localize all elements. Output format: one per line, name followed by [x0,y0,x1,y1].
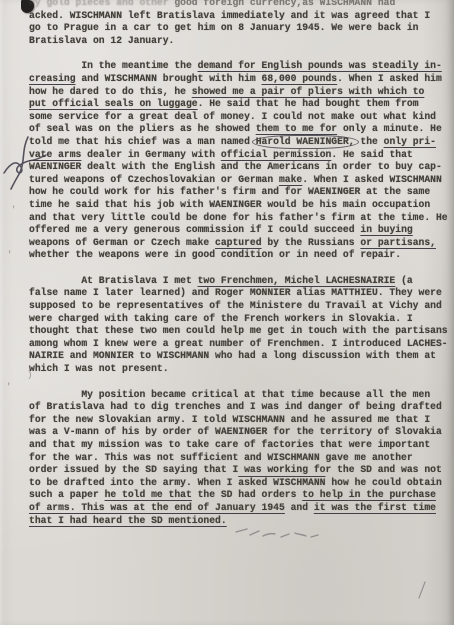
text-line: of seal was on the pliers as he showed t… [29,123,447,136]
pen-underlined-text: it was the first time [314,502,436,513]
paragraph: my gold pieces and other good foreign cu… [29,0,447,47]
typewritten-text: time he said that his job with WAENINGER… [29,199,430,210]
typewritten-text: WAENINGER dealt with the English and the… [29,161,442,172]
text-line: of arms. This was at the end of January … [29,502,447,515]
typewritten-text: whether the weapons were in good conditi… [29,249,401,260]
pen-underlined-text: two Frenchmen, Michel LACHESNAIRIE [198,275,396,286]
typewritten-text: acked. WISCHMANN left Bratislava immedia… [29,10,430,21]
typewritten-text: go to Prague in a car to get him on 8 Ja… [29,22,419,33]
text-line: for the war. This was not sufficient and… [29,452,447,465]
typewritten-text: . When I asked him [337,73,442,84]
text-line: was a V-mann of his by order of WAENINGE… [29,426,447,439]
typewritten-text: told me that his chief was a man named [29,136,256,147]
typewritten-text: NAIRIE and MONNIER to WISCHMANN who had … [29,350,436,361]
typewritten-text: tured weapons of Czechoslovakian or Germ… [29,174,279,185]
typewritten-text: how he could work for his father's firm … [29,186,430,197]
pen-underlined-text: 68,000 pounds [262,73,338,84]
pen-underlined-text: put official seals on luggage [29,98,198,109]
pen-underlined-text: them to me for [256,123,337,134]
paragraph: My position became critical at that time… [29,389,447,528]
margin-speck: ) [27,370,32,380]
text-line: and that very little could be done for h… [29,212,447,225]
text-line: to be drafted into the army. When I aske… [29,477,447,490]
text-line: for the new Slovakian army. I told WISCH… [29,414,447,427]
text-line: tured weapons of Czechoslovakian or Germ… [29,174,447,187]
pen-underlined-text: official permission [221,149,331,160]
text-line: which I was not present. [29,363,447,376]
margin-speck: ' [11,205,16,215]
typewritten-text: to be drafted into the army. When I [29,477,238,488]
text-line: WAENINGER dealt with the English and the… [29,161,447,174]
text-line: thought that these two men could help me… [29,325,447,338]
text-line: acked. WISCHMANN left Bratislava immedia… [29,10,447,23]
text-line: how he dared to do this, he showed me a … [29,86,447,99]
typewritten-text: . When I asked WISCHMANN [302,174,442,185]
text-line: supposed to be representatives of the Mi… [29,300,447,313]
margin-speck: ' [6,382,11,392]
typewritten-text: only a minute. He [337,123,442,134]
pen-underlined-text: showed me a pair of pliers with which to [192,86,425,97]
typewritten-text: and WISCHMANN brought with him [76,73,262,84]
pen-check-mark-icon [1,134,49,192]
text-line: In the meantime the demand for English p… [29,60,447,73]
typewritten-text: In the meantime the [29,60,198,71]
typewritten-text: the [355,136,384,147]
text-line: told me that his chief was a man named H… [29,136,447,149]
paragraph: At Bratislava I met two Frenchmen, Miche… [29,275,447,376]
pen-underlined-text: only pri- [384,136,436,147]
faded-text: good foreign currency,as WISCHMANN had [174,0,395,8]
pen-underlined-text: of arms. This was at the end of January … [29,502,285,513]
page-text: my gold pieces and other good foreign cu… [29,0,447,540]
pen-underlined-text: or partisans, [360,237,436,248]
pen-underlined-text: make [279,174,302,185]
typewritten-text: weapons of German or Czech make [29,237,215,248]
text-line: At Bratislava I met two Frenchmen, Miche… [29,275,447,288]
text-line: order issued by the SD saying that I was… [29,464,447,477]
text-line: creasing and WISCHMANN brought with him … [29,73,447,86]
typewritten-text: Bratislava on 12 January. [29,35,174,46]
typewritten-text: dealer in Germany with [81,149,221,160]
typewritten-text: and that my mission was to take care of … [29,439,430,450]
text-line: My position became critical at that time… [29,389,447,402]
typewritten-text: how he dared to do this, he [29,86,192,97]
typewritten-text: thought that these two men could help me… [29,325,448,336]
typewritten-text: which I was not present. [29,363,169,374]
text-line: false name I later learned) and Roger MO… [29,287,447,300]
pen-underlined-text: demand for English pounds was steadily i… [198,60,442,71]
typewritten-text: the SD had orders [192,489,302,500]
typewritten-text: by the Russians [262,237,361,248]
pen-underlined-text: to help in the purchase [302,489,436,500]
typewritten-text: . He said that [331,149,412,160]
pen-circled-text: Harold WAENINGER, [252,135,359,149]
typewritten-text: of Bratislava had to dig trenches and I … [29,401,442,412]
pen-underlined-text: that I had heard the SD mentioned. [29,515,227,526]
typewritten-text: for the new Slovakian army. I told WISCH… [29,414,430,425]
typewritten-text: At Bratislava I met [29,275,198,286]
typewritten-text: offered me a very generous commission if… [29,224,360,235]
typewritten-text: for the war. This was not sufficient and… [29,452,413,463]
text-line: were charged with taking care of the Fre… [29,313,447,326]
text-line: and that my mission was to take care of … [29,439,447,452]
typewritten-text: how he could obtain [326,477,442,488]
text-line: go to Prague in a car to get him on 8 Ja… [29,22,447,35]
pencil-scribble [233,523,333,545]
typewritten-text: such a paper [29,489,105,500]
scanned-document-page: my gold pieces and other good foreign cu… [0,0,454,625]
typewritten-text: and [285,502,314,513]
text-line: vate arms dealer in Germany with officia… [29,149,447,162]
text-line: whether the weapons were in good conditi… [29,249,447,262]
text-line: of Bratislava had to dig trenches and I … [29,401,447,414]
text-line: time he said that his job with WAENINGER… [29,199,447,212]
text-line: NAIRIE and MONNIER to WISCHMANN who had … [29,350,447,363]
pen-underlined-text: in buying [360,224,412,235]
text-line: such a paper he told me that the SD had … [29,489,447,502]
faded-text: my gold pieces and other [29,0,174,8]
typewritten-text: . He said that he had bought them from [198,98,419,109]
paragraph: In the meantime the demand for English p… [29,60,447,262]
pen-underlined-text: he told me that [105,489,192,500]
typewritten-text: was a V-mann of his by order of WAENINGE… [29,426,442,437]
typewritten-text: were charged with taking care of the Fre… [29,313,413,324]
text-line: weapons of German or Czech make captured… [29,237,447,250]
pen-overlined-text: asked WISCHMANN [238,477,325,488]
text-line: offered me a very generous commission if… [29,224,447,237]
typewritten-text: My position became critical at that time… [29,389,430,400]
typewritten-text: (a [395,275,412,286]
text-line: some service for a great deal of money. … [29,111,447,124]
margin-speck: ' [7,250,12,260]
typewritten-text: supposed to be representatives of the Mi… [29,300,442,311]
text-line: put official seals on luggage. He said t… [29,98,447,111]
typewritten-text: false name I later learned) and Roger MO… [29,287,442,298]
text-line: Bratislava on 12 January. [29,35,447,48]
pen-underlined-text: creasing [29,73,76,84]
stray-pen-scratch [414,580,430,600]
typewritten-text: and that very little could be done for h… [29,212,448,223]
typewritten-text: among whom I knew were a great number of… [29,338,448,349]
typewritten-text: of seal was on the pliers as he showed [29,123,256,134]
typewritten-text: some service for a great deal of money. … [29,111,436,122]
text-line: my gold pieces and other good foreign cu… [29,0,447,10]
text-line: how he could work for his father's firm … [29,186,447,199]
pen-underlined-text: captured [215,237,262,248]
typewritten-text: order issued by the SD saying that I was… [29,464,442,475]
text-line: among whom I knew were a great number of… [29,338,447,351]
